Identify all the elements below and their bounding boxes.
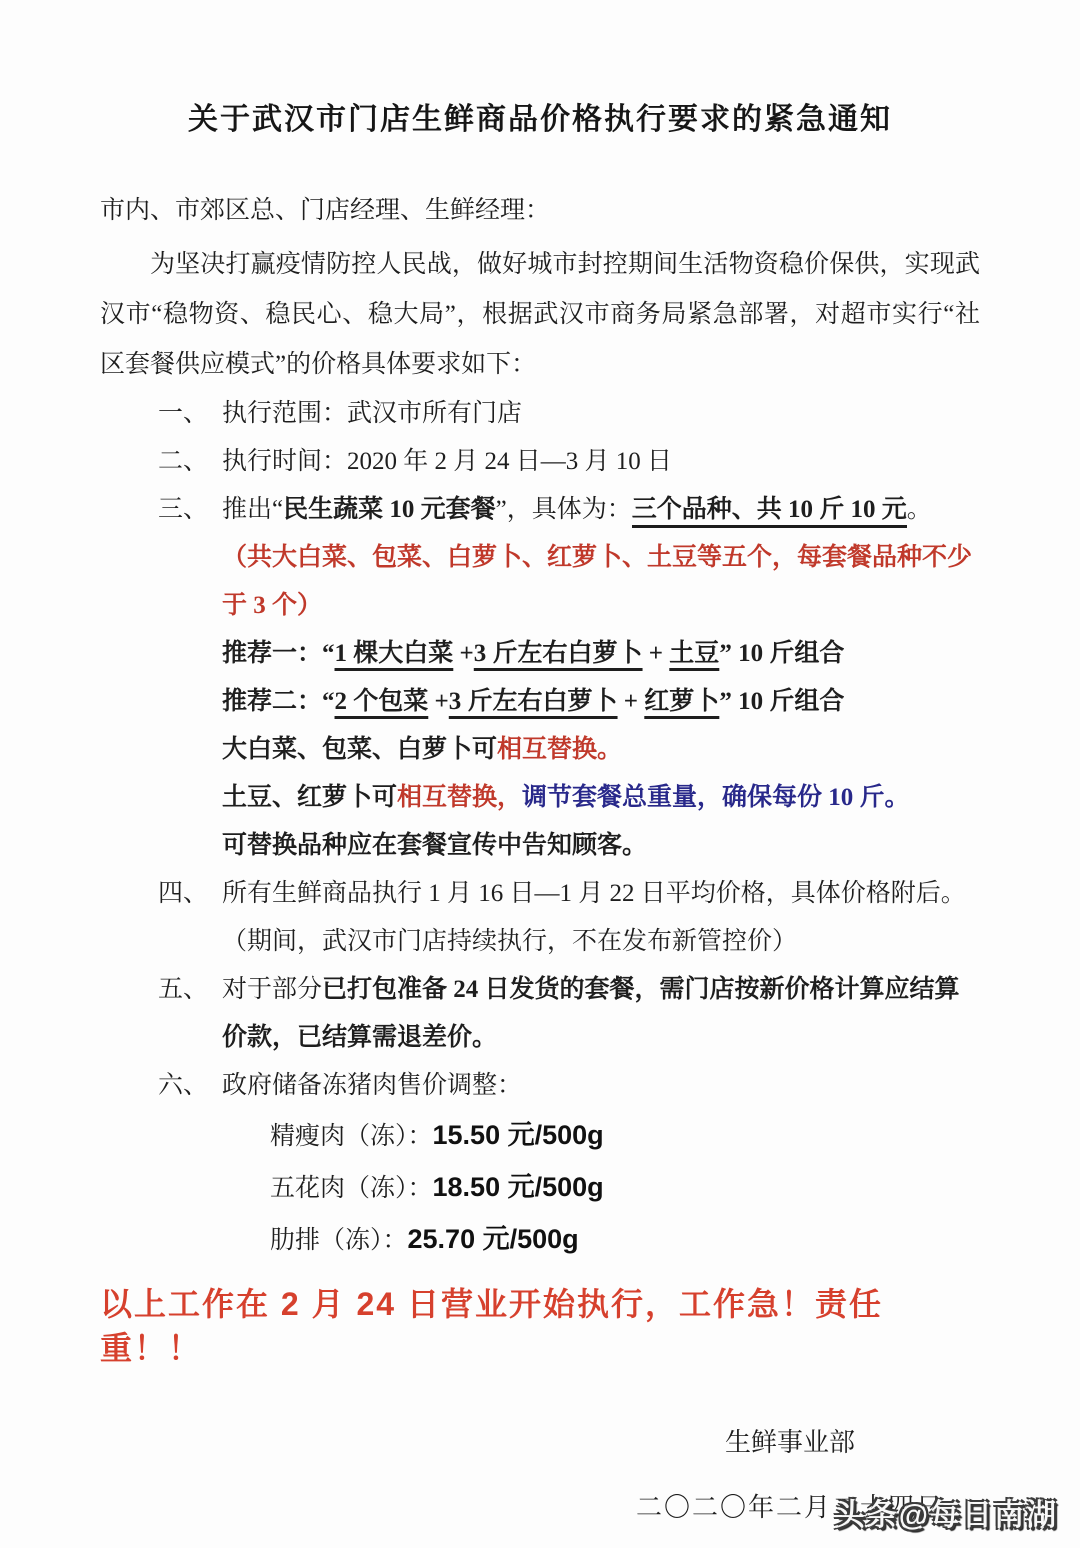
rec-ingredient: 1 棵大白菜 <box>335 640 454 667</box>
swap-highlight: 相互替换。 <box>497 736 622 763</box>
item-text: ”，具体为： <box>496 496 632 523</box>
item-text: 所有生鲜商品执行 1 月 16 日—1 月 22 日平均价格，具体价格附后。 <box>222 880 966 907</box>
plus-sign: + <box>428 688 449 715</box>
salutation: 市内、市郊区总、门店经理、生鲜经理： <box>100 194 980 228</box>
item-text: 执行范围：武汉市所有门店 <box>222 400 522 427</box>
weight-rule: 调节套餐总重量，确保每份 10 斤。 <box>522 784 910 811</box>
item-number: 二、 <box>158 438 208 486</box>
page-title: 关于武汉市门店生鲜商品价格执行要求的紧急通知 <box>100 0 980 138</box>
notice-item-list: 一、 执行范围：武汉市所有门店 二、 执行时间：2020 年 2 月 24 日—… <box>100 390 980 1266</box>
list-item-package: 三、 推出“民生蔬菜 10 元套餐”，具体为：三个品种、共 10 斤 10 元。 <box>100 486 980 534</box>
swap-text: 大白菜、包菜、白萝卜可 <box>222 736 497 763</box>
list-item-time: 二、 执行时间：2020 年 2 月 24 日—3 月 10 日 <box>100 438 980 486</box>
item-number: 四、 <box>158 870 208 918</box>
rec-label: 推荐一：“ <box>222 640 335 667</box>
item-text: 推出“ <box>222 496 283 523</box>
swap-rule-2: 土豆、红萝卜可相互替换，调节套餐总重量，确保每份 10 斤。 <box>100 774 980 822</box>
item-text: 。 <box>907 496 932 523</box>
rec-ingredient: 3 斤左右白萝卜 <box>474 640 643 667</box>
item-text: 对于部分 <box>222 976 322 1003</box>
swap-highlight: 相互替换， <box>397 784 522 811</box>
package-spec: 三个品种、共 10 斤 10 元 <box>632 496 907 528</box>
rec-ingredient: 3 斤左右白萝卜 <box>449 688 618 715</box>
urgent-alert: 以上工作在 2 月 24 日营业开始执行，工作急！责任重！！ <box>100 1282 980 1370</box>
list-item-refund: 五、 对于部分已打包准备 24 日发货的套餐，需门店按新价格计算应结算价款，已结… <box>100 966 980 1062</box>
rec-tail: ” 10 斤组合 <box>719 640 844 667</box>
rec-ingredient: 土豆 <box>669 640 719 667</box>
list-item-scope: 一、 执行范围：武汉市所有门店 <box>100 390 980 438</box>
plus-sign: + <box>643 640 670 667</box>
item-number: 三、 <box>158 486 208 534</box>
signature-department: 生鲜事业部 <box>630 1422 950 1459</box>
package-name: 民生蔬菜 10 元套餐 <box>283 496 496 523</box>
list-item-pricing: 四、 所有生鲜商品执行 1 月 16 日—1 月 22 日平均价格，具体价格附后… <box>100 870 980 918</box>
intro-paragraph: 为坚决打赢疫情防控人民战，做好城市封控期间生活物资稳价保供，实现武汉市“稳物资、… <box>100 240 980 390</box>
pork-price-row: 肋排（冻）：25.70 元/500g <box>100 1214 980 1266</box>
pork-price: 18.50 元/500g <box>433 1172 604 1202</box>
item-text: 政府储备冻猪肉售价调整： <box>222 1072 522 1099</box>
swap-rule-1: 大白菜、包菜、白萝卜可相互替换。 <box>100 726 980 774</box>
recommendation-1: 推荐一：“1 棵大白菜 +3 斤左右白萝卜 + 土豆” 10 斤组合 <box>100 630 980 678</box>
swap-text: 土豆、红萝卜可 <box>222 784 397 811</box>
pork-price: 15.50 元/500g <box>433 1120 604 1150</box>
pork-price-row: 精瘦肉（冻）：15.50 元/500g <box>100 1110 980 1162</box>
recommendation-2: 推荐二：“2 个包菜 +3 斤左右白萝卜 + 红萝卜” 10 斤组合 <box>100 678 980 726</box>
rec-tail: ” 10 斤组合 <box>719 688 844 715</box>
rec-ingredient: 红萝卜 <box>644 688 719 715</box>
variety-note: （共大白菜、包菜、白萝卜、红萝卜、土豆等五个，每套餐品种不少于 3 个） <box>100 534 980 630</box>
item-text: 执行时间：2020 年 2 月 24 日—3 月 10 日 <box>222 448 672 475</box>
pork-price: 25.70 元/500g <box>408 1224 579 1254</box>
pricing-note: （期间，武汉市门店持续执行，不在发布新管控价） <box>100 918 980 966</box>
pork-label: 五花肉（冻）： <box>270 1175 433 1202</box>
list-item-pork: 六、 政府储备冻猪肉售价调整： <box>100 1062 980 1110</box>
refund-rule: 已打包准备 24 日发货的套餐，需门店按新价格计算应结算价款，已结算需退差价。 <box>222 976 960 1051</box>
item-number: 一、 <box>158 390 208 438</box>
notice-document: 关于武汉市门店生鲜商品价格执行要求的紧急通知 市内、市郊区总、门店经理、生鲜经理… <box>0 0 1080 1524</box>
watermark: 头条@每日南湖 <box>835 1490 1058 1534</box>
plus-sign: + <box>453 640 474 667</box>
rec-label: 推荐二：“ <box>222 688 335 715</box>
pork-label: 肋排（冻）： <box>270 1227 408 1254</box>
swap-rule-3: 可替换品种应在套餐宣传中告知顾客。 <box>100 822 980 870</box>
pork-label: 精瘦肉（冻）： <box>270 1123 433 1150</box>
pork-price-row: 五花肉（冻）：18.50 元/500g <box>100 1162 980 1214</box>
plus-sign: + <box>618 688 645 715</box>
rec-ingredient: 2 个包菜 <box>335 688 429 715</box>
item-number: 六、 <box>158 1062 208 1110</box>
item-number: 五、 <box>158 966 208 1014</box>
